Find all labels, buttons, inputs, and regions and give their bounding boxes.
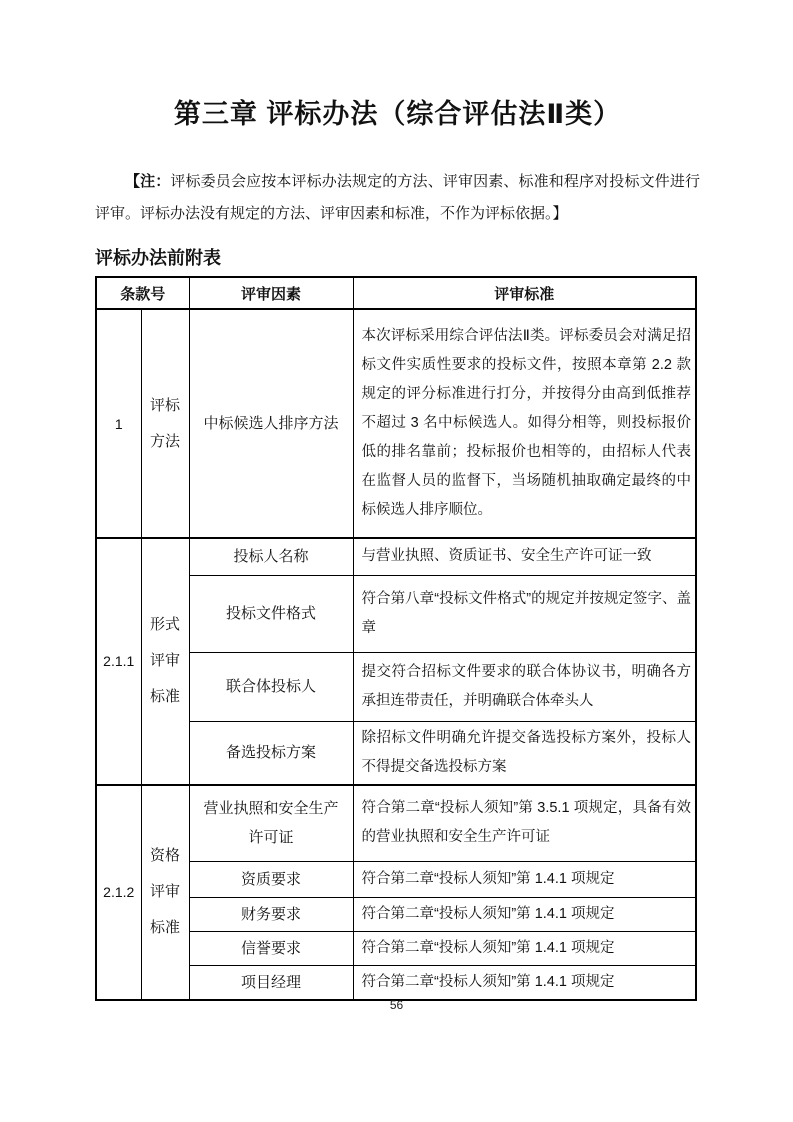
category-label: 资格评审标准: [150, 838, 180, 946]
table-row: 1评标方法中标候选人排序方法本次评标采用综合评估法Ⅱ类。评标委员会对满足招标文件…: [96, 309, 696, 538]
factor-cell: 联合体投标人: [189, 652, 353, 721]
document-page: 第三章 评标办法（综合评估法Ⅱ类） 【注：评标委员会应按本评标办法规定的方法、评…: [0, 0, 793, 1122]
standard-cell: 符合第二章“投标人须知”第 1.4.1 项规定: [353, 898, 696, 932]
note-body: 评标委员会应按本评标办法规定的方法、评审因素、标准和程序对投标文件进行评审。评标…: [95, 173, 700, 222]
standard-cell: 符合第二章“投标人须知”第 3.5.1 项规定，具备有效的营业执照和安全生产许可…: [353, 785, 696, 862]
header-row: 条款号 评审因素 评审标准: [96, 277, 696, 309]
standard-cell: 符合第八章“投标文件格式”的规定并按规定签字、盖章: [353, 575, 696, 652]
factor-cell: 财务要求: [189, 898, 353, 932]
evaluation-table-header: 条款号 评审因素 评审标准: [96, 277, 696, 309]
standard-cell: 本次评标采用综合评估法Ⅱ类。评标委员会对满足招标文件实质性要求的投标文件，按照本…: [353, 309, 696, 538]
page-number: 56: [0, 998, 793, 1012]
table-row: 2.1.2资格评审标准营业执照和安全生产许可证符合第二章“投标人须知”第 3.5…: [96, 785, 696, 862]
factor-cell: 备选投标方案: [189, 721, 353, 785]
category-cell: 资格评审标准: [141, 785, 189, 1001]
factor-cell: 投标人名称: [189, 538, 353, 575]
note-prefix: 【注：: [125, 173, 170, 190]
category-label: 评标方法: [150, 388, 180, 460]
factor-cell: 资质要求: [189, 862, 353, 898]
standard-cell: 与营业执照、资质证书、安全生产许可证一致: [353, 538, 696, 575]
factor-cell: 中标候选人排序方法: [189, 309, 353, 538]
standard-cell: 符合第二章“投标人须知”第 1.4.1 项规定: [353, 862, 696, 898]
header-clause: 条款号: [96, 277, 189, 309]
section-heading: 评标办法前附表: [95, 245, 700, 271]
note-paragraph: 【注：评标委员会应按本评标办法规定的方法、评审因素、标准和程序对投标文件进行评审…: [95, 166, 700, 230]
standard-cell: 符合第二章“投标人须知”第 1.4.1 项规定: [353, 932, 696, 966]
standard-cell: 除招标文件明确允许提交备选投标方案外，投标人不得提交备选投标方案: [353, 721, 696, 785]
header-standard: 评审标准: [353, 277, 696, 309]
clause-cell: 2.1.1: [96, 538, 141, 785]
clause-cell: 2.1.2: [96, 785, 141, 1001]
factor-cell: 信誉要求: [189, 932, 353, 966]
factor-cell: 项目经理: [189, 966, 353, 1001]
table-row: 2.1.1形式评审标准投标人名称与营业执照、资质证书、安全生产许可证一致: [96, 538, 696, 575]
evaluation-table: 条款号 评审因素 评审标准 1评标方法中标候选人排序方法本次评标采用综合评估法Ⅱ…: [95, 276, 697, 1001]
evaluation-table-body: 1评标方法中标候选人排序方法本次评标采用综合评估法Ⅱ类。评标委员会对满足招标文件…: [96, 309, 696, 1000]
header-factor: 评审因素: [189, 277, 353, 309]
category-cell: 评标方法: [141, 309, 189, 538]
clause-cell: 1: [96, 309, 141, 538]
category-label: 形式评审标准: [150, 607, 180, 715]
factor-cell: 营业执照和安全生产许可证: [189, 785, 353, 862]
standard-cell: 提交符合招标文件要求的联合体协议书，明确各方承担连带责任，并明确联合体牵头人: [353, 652, 696, 721]
factor-cell: 投标文件格式: [189, 575, 353, 652]
page-title: 第三章 评标办法（综合评估法Ⅱ类）: [95, 96, 700, 132]
standard-cell: 符合第二章“投标人须知”第 1.4.1 项规定: [353, 966, 696, 1001]
category-cell: 形式评审标准: [141, 538, 189, 785]
